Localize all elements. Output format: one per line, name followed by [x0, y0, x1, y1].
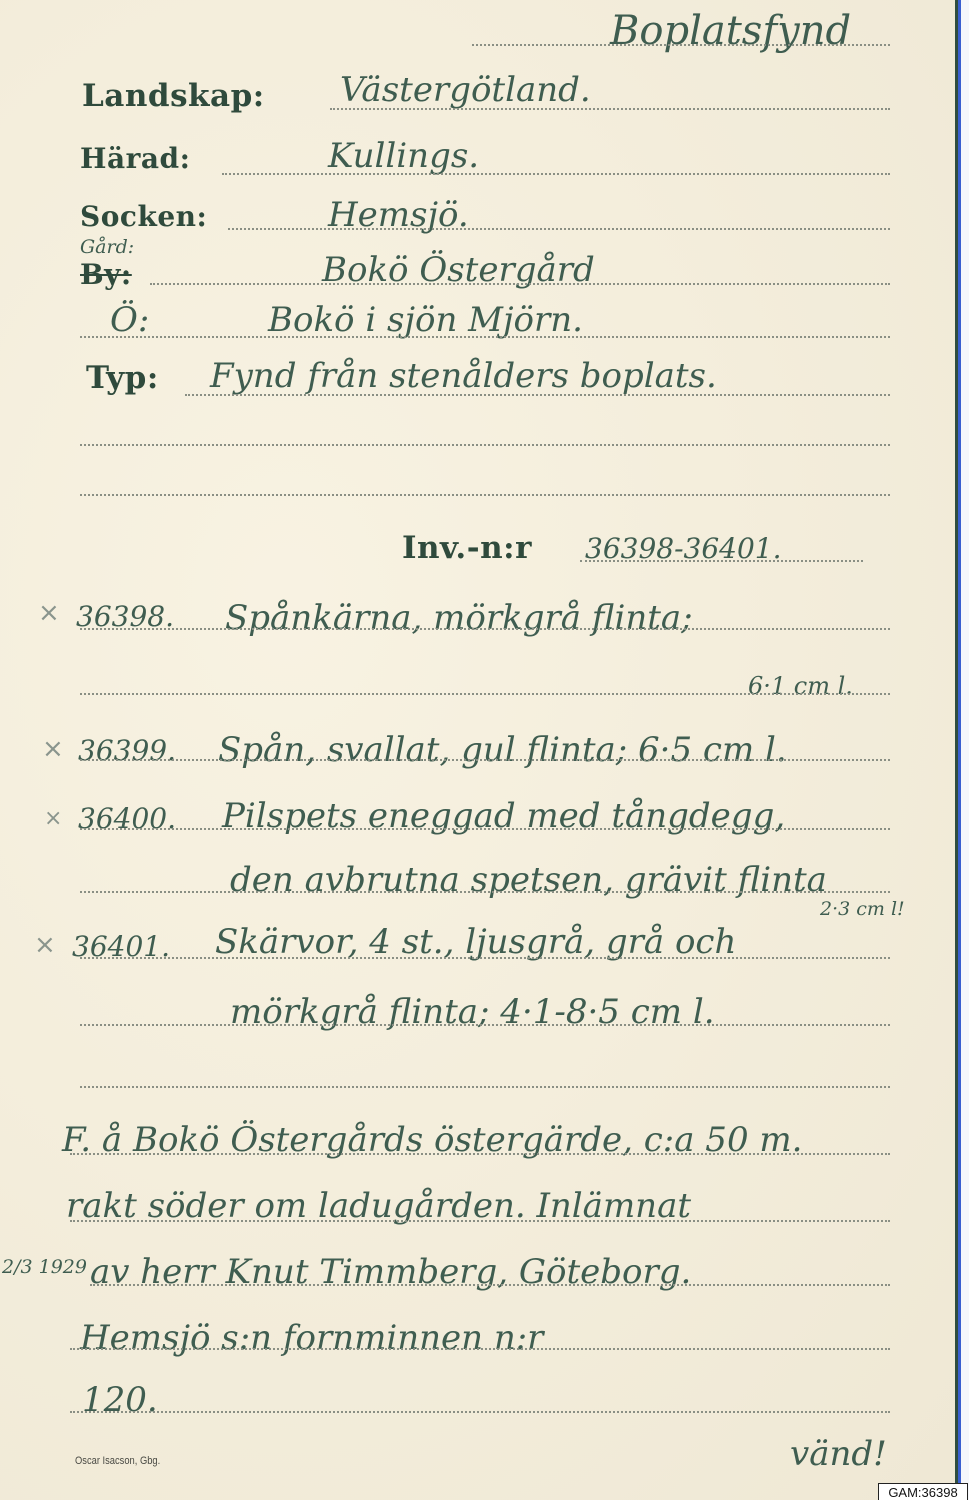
catalog-card: Boplatsfynd Landskap: Västergötland. Här…	[0, 0, 955, 1500]
item-description: Skärvor, 4 st., ljusgrå, grå och	[215, 922, 736, 962]
item-description: Spånkärna, mörkgrå flinta;	[225, 598, 693, 638]
item-number: 36400.	[78, 802, 176, 835]
item-measure: 2·3 cm l!	[820, 898, 905, 920]
o-label: Ö:	[110, 300, 149, 340]
item-line	[80, 828, 890, 830]
item-line	[80, 957, 890, 959]
typ-label: Typ:	[86, 360, 159, 396]
by-label-struck: By:	[80, 258, 132, 291]
item-description-cont: den avbrutna spetsen, grävit flinta	[230, 860, 827, 900]
note-rule	[70, 1220, 890, 1222]
item-line	[80, 693, 890, 695]
item-measure: 6·1 cm l.	[748, 672, 853, 700]
printer-imprint: Oscar Isacson, Gbg.	[75, 1455, 160, 1467]
gard-label-handwritten: Gård:	[80, 236, 134, 258]
note-rule	[70, 1411, 890, 1413]
landskap-line	[330, 108, 890, 110]
item-line	[80, 628, 890, 630]
item-description-cont: mörkgrå flinta; 4·1-8·5 cm l.	[230, 992, 715, 1032]
note-line-5: 120.	[82, 1380, 158, 1420]
item-line	[80, 891, 890, 893]
o-line	[80, 336, 890, 338]
note-line-4: Hemsjö s:n fornminnen n:r	[80, 1318, 543, 1358]
category-title: Boplatsfynd	[610, 8, 851, 54]
blank-line-2	[80, 494, 890, 496]
socken-line	[228, 228, 890, 230]
note-rule	[70, 1153, 890, 1155]
note-rule	[90, 1284, 890, 1286]
inventory-label: Inv.-n:r	[402, 530, 532, 566]
scan-margin	[961, 0, 969, 1500]
landskap-label: Landskap:	[82, 78, 265, 114]
item-description: Spån, svallat, gul flinta; 6·5 cm l.	[218, 730, 787, 770]
gard-line	[150, 283, 890, 285]
landskap-value: Västergötland.	[340, 70, 591, 110]
socken-label: Socken:	[80, 200, 207, 233]
inventory-line	[580, 560, 863, 562]
checked-mark: ×	[38, 598, 60, 628]
typ-line	[185, 394, 890, 396]
item-line	[80, 1024, 890, 1026]
blank-line-1	[80, 444, 890, 446]
blank-line-3	[80, 1086, 890, 1088]
harad-value: Kullings.	[328, 136, 479, 176]
typ-value: Fynd från stenålders boplats.	[210, 356, 717, 396]
note-line-3: av herr Knut Timmberg, Göteborg.	[90, 1252, 691, 1292]
item-number: 36399.	[78, 734, 176, 767]
turn-over-note: vänd!	[790, 1434, 887, 1474]
checked-mark: ×	[42, 734, 64, 764]
item-description: Pilspets eneggad med tångdegg,	[222, 796, 785, 836]
date-margin-note: 2/3 1929	[2, 1256, 87, 1278]
category-line	[472, 44, 890, 46]
checked-mark: ×	[44, 806, 62, 831]
checked-mark: ×	[34, 930, 56, 960]
o-value: Bokö i sjön Mjörn.	[268, 300, 583, 340]
harad-line	[222, 173, 890, 175]
catalog-id-stamp: GAM:36398	[878, 1483, 968, 1500]
harad-label: Härad:	[80, 142, 190, 175]
item-line	[80, 759, 890, 761]
note-rule	[70, 1348, 890, 1350]
